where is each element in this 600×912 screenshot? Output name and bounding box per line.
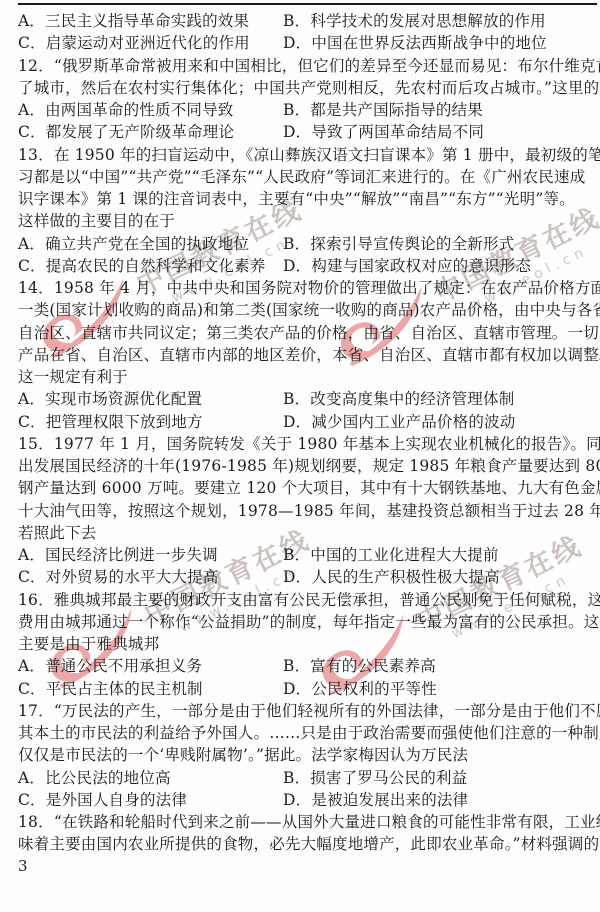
option-right: D．减少国内工业产品价格的波动 [283, 411, 515, 433]
option-left: A．三民主义指导革命实践的效果 [18, 10, 249, 32]
text-line: 了城市，然后在农村实行集体化；中国共产党则相反，先农村而后攻占城市。”这里的“差… [18, 77, 598, 99]
option-left: C．把管理权限下放到地方 [18, 411, 203, 433]
text-line: 仅仅是市民法的一个‘卑贱附属物’。”据此。法学家梅因认为万民法 [18, 744, 598, 766]
option-right: B．中国的工业化进程大大提前 [283, 544, 499, 566]
option-right: B．改变高度集中的经济管理体制 [283, 388, 514, 410]
option-right: B．富有的公民素养高 [283, 655, 436, 677]
text-line: 一类(国家计划收购的商品)和第二类(国家统一收购的商品)农产品价格，由中央与各省… [18, 299, 598, 321]
option-left: A．由两国革命的性质不同导致 [18, 99, 234, 121]
option-row: C．对外贸易的水平大大提高D．人民的生产积极性极大提高 [18, 566, 598, 588]
text-line: 产品在省、自治区、直辖市内部的地区差价，本省、自治区、直辖市都有权加以调整。 [18, 344, 598, 366]
text-line: 13．在 1950 年的扫盲运动中，《凉山彝族汉语文扫盲课本》第 1 册中，最初… [18, 144, 598, 166]
text-line: 16．雅典城邦最主要的财政开支由富有公民无偿承担，普通公民则免于任何赋税，这些 [18, 589, 598, 611]
page-number: 3 [18, 855, 28, 877]
text-line: 钢产量达到 6000 万吨。要建立 120 个大项目，其中有十大钢铁基地、九大有… [18, 477, 598, 499]
text-line: 17．“万民法的产生，一部分是由于他们轻视所有的外国法律，一部分是由于他们不愿以 [18, 700, 598, 722]
option-left: A．实现市场资源优化配置 [18, 388, 202, 410]
option-left: A．国民经济比例进一步失调 [18, 544, 218, 566]
text-line: 十大油气田等，按照这个规划，1978—1985 年间，基建投资总额相当于过去 2… [18, 500, 598, 522]
option-row: C．启蒙运动对亚洲近代化的作用D．中国在世界反法西斯战争中的地位 [18, 32, 598, 54]
option-right: B．损害了罗马公民的利益 [283, 767, 467, 789]
text-line: 15．1977 年 1 月，国务院转发《关于 1980 年基本上实现农业机械化的… [18, 433, 598, 455]
text-line: 14．1958 年 4 月，中共中央和国务院对物价的管理做出了规定：在农产品价格… [18, 277, 598, 299]
option-row: A．由两国革命的性质不同导致B．都是共产国际指导的结果 [18, 99, 598, 121]
text-line: 主要是由于雅典城邦 [18, 633, 598, 655]
option-row: C．提高农民的自然科学和文化素养D．构建与国家政权对应的意识形态 [18, 255, 598, 277]
option-right: B．探索引导宣传舆论的全新形式 [283, 233, 514, 255]
option-row: A．普通公民不用承担义务B．富有的公民素养高 [18, 655, 598, 677]
option-left: A．比公民法的地位高 [18, 767, 171, 789]
text-line: 味着主要由国内农业所提供的食物，必先大幅度地增产，此即农业革命。”材料强调的是 [18, 833, 598, 855]
option-row: C．把管理权限下放到地方D．减少国内工业产品价格的波动 [18, 411, 598, 433]
exam-paper-page: 中国教育在线 www.eol.cn 中国教育在线 www.eol.cn 中国教育… [0, 0, 600, 912]
option-row: A．确立共产党在全国的执政地位B．探索引导宣传舆论的全新形式 [18, 233, 598, 255]
text-line: 若照此下去 [18, 522, 598, 544]
option-left: C．平民占主体的民主机制 [18, 678, 203, 700]
option-row: C．是外国人自身的法律D．是被迫发展出来的法律 [18, 789, 598, 811]
option-right: D．是被迫发展出来的法律 [283, 789, 468, 811]
text-line: 18．“在铁路和轮船时代到来之前——从国外大量进口粮食的可能性非常有限，工业经济… [18, 811, 598, 833]
option-right: D．导致了两国革命结局不同 [283, 121, 484, 143]
option-right: D．人民的生产积极性极大提高 [283, 566, 500, 588]
option-row: A．三民主义指导革命实践的效果B．科学技术的发展对思想解放的作用 [18, 10, 598, 32]
text-line: 习都是以“中国”“共产党”“毛泽东”“人民政府”等词汇来进行的。在《广州农民速成 [18, 166, 598, 188]
option-left: C．启蒙运动对亚洲近代化的作用 [18, 32, 250, 54]
option-row: A．实现市场资源优化配置B．改变高度集中的经济管理体制 [18, 388, 598, 410]
text-line: 自治区、直辖市共同议定；第三类农产品的价格，由省、自治区、直辖市管理。一切农 [18, 322, 598, 344]
option-row: A．比公民法的地位高B．损害了罗马公民的利益 [18, 767, 598, 789]
text-line: 这一规定有利于 [18, 366, 598, 388]
option-right: D．公民权利的平等性 [283, 678, 437, 700]
option-left: C．提高农民的自然科学和文化素养 [18, 255, 266, 277]
option-right: B．科学技术的发展对思想解放的作用 [283, 10, 546, 32]
option-left: A．确立共产党在全国的执政地位 [18, 233, 249, 255]
text-line: 其本土的市民法的利益给予外国人。……只是由于政治需要而强使他们注意的一种制度。 [18, 722, 598, 744]
option-left: C．对外贸易的水平大大提高 [18, 566, 218, 588]
option-right: D．构建与国家政权对应的意识形态 [283, 255, 531, 277]
top-border-line [18, 3, 597, 5]
text-line: 这样做的主要目的在于 [18, 210, 598, 232]
text-line: 识字课本》第 1 课的注音词表中，主要有“中央”“解放”“南昌”“东方”“光明”… [18, 188, 598, 210]
option-row: C．都发展了无产阶级革命理论D．导致了两国革命结局不同 [18, 121, 598, 143]
option-left: C．是外国人自身的法律 [18, 789, 187, 811]
option-left: A．普通公民不用承担义务 [18, 655, 202, 677]
document-lines: A．三民主义指导革命实践的效果B．科学技术的发展对思想解放的作用C．启蒙运动对亚… [18, 10, 598, 856]
option-row: A．国民经济比例进一步失调B．中国的工业化进程大大提前 [18, 544, 598, 566]
text-line: 出发展国民经济的十年(1976-1985 年)规划纲要，规定 1985 年粮食产… [18, 455, 598, 477]
option-row: C．平民占主体的民主机制D．公民权利的平等性 [18, 678, 598, 700]
option-left: C．都发展了无产阶级革命理论 [18, 121, 234, 143]
text-line: 费用由城邦通过一个称作“公益捐助”的制度，每年指定一些最为富有的公民承担。这 [18, 611, 598, 633]
text-line: 12．“俄罗斯革命常被用来和中国相比，但它们的差异至今还显而易见：布尔什维克首先… [18, 55, 598, 77]
option-right: B．都是共产国际指导的结果 [283, 99, 483, 121]
option-right: D．中国在世界反法西斯战争中的地位 [283, 32, 547, 54]
